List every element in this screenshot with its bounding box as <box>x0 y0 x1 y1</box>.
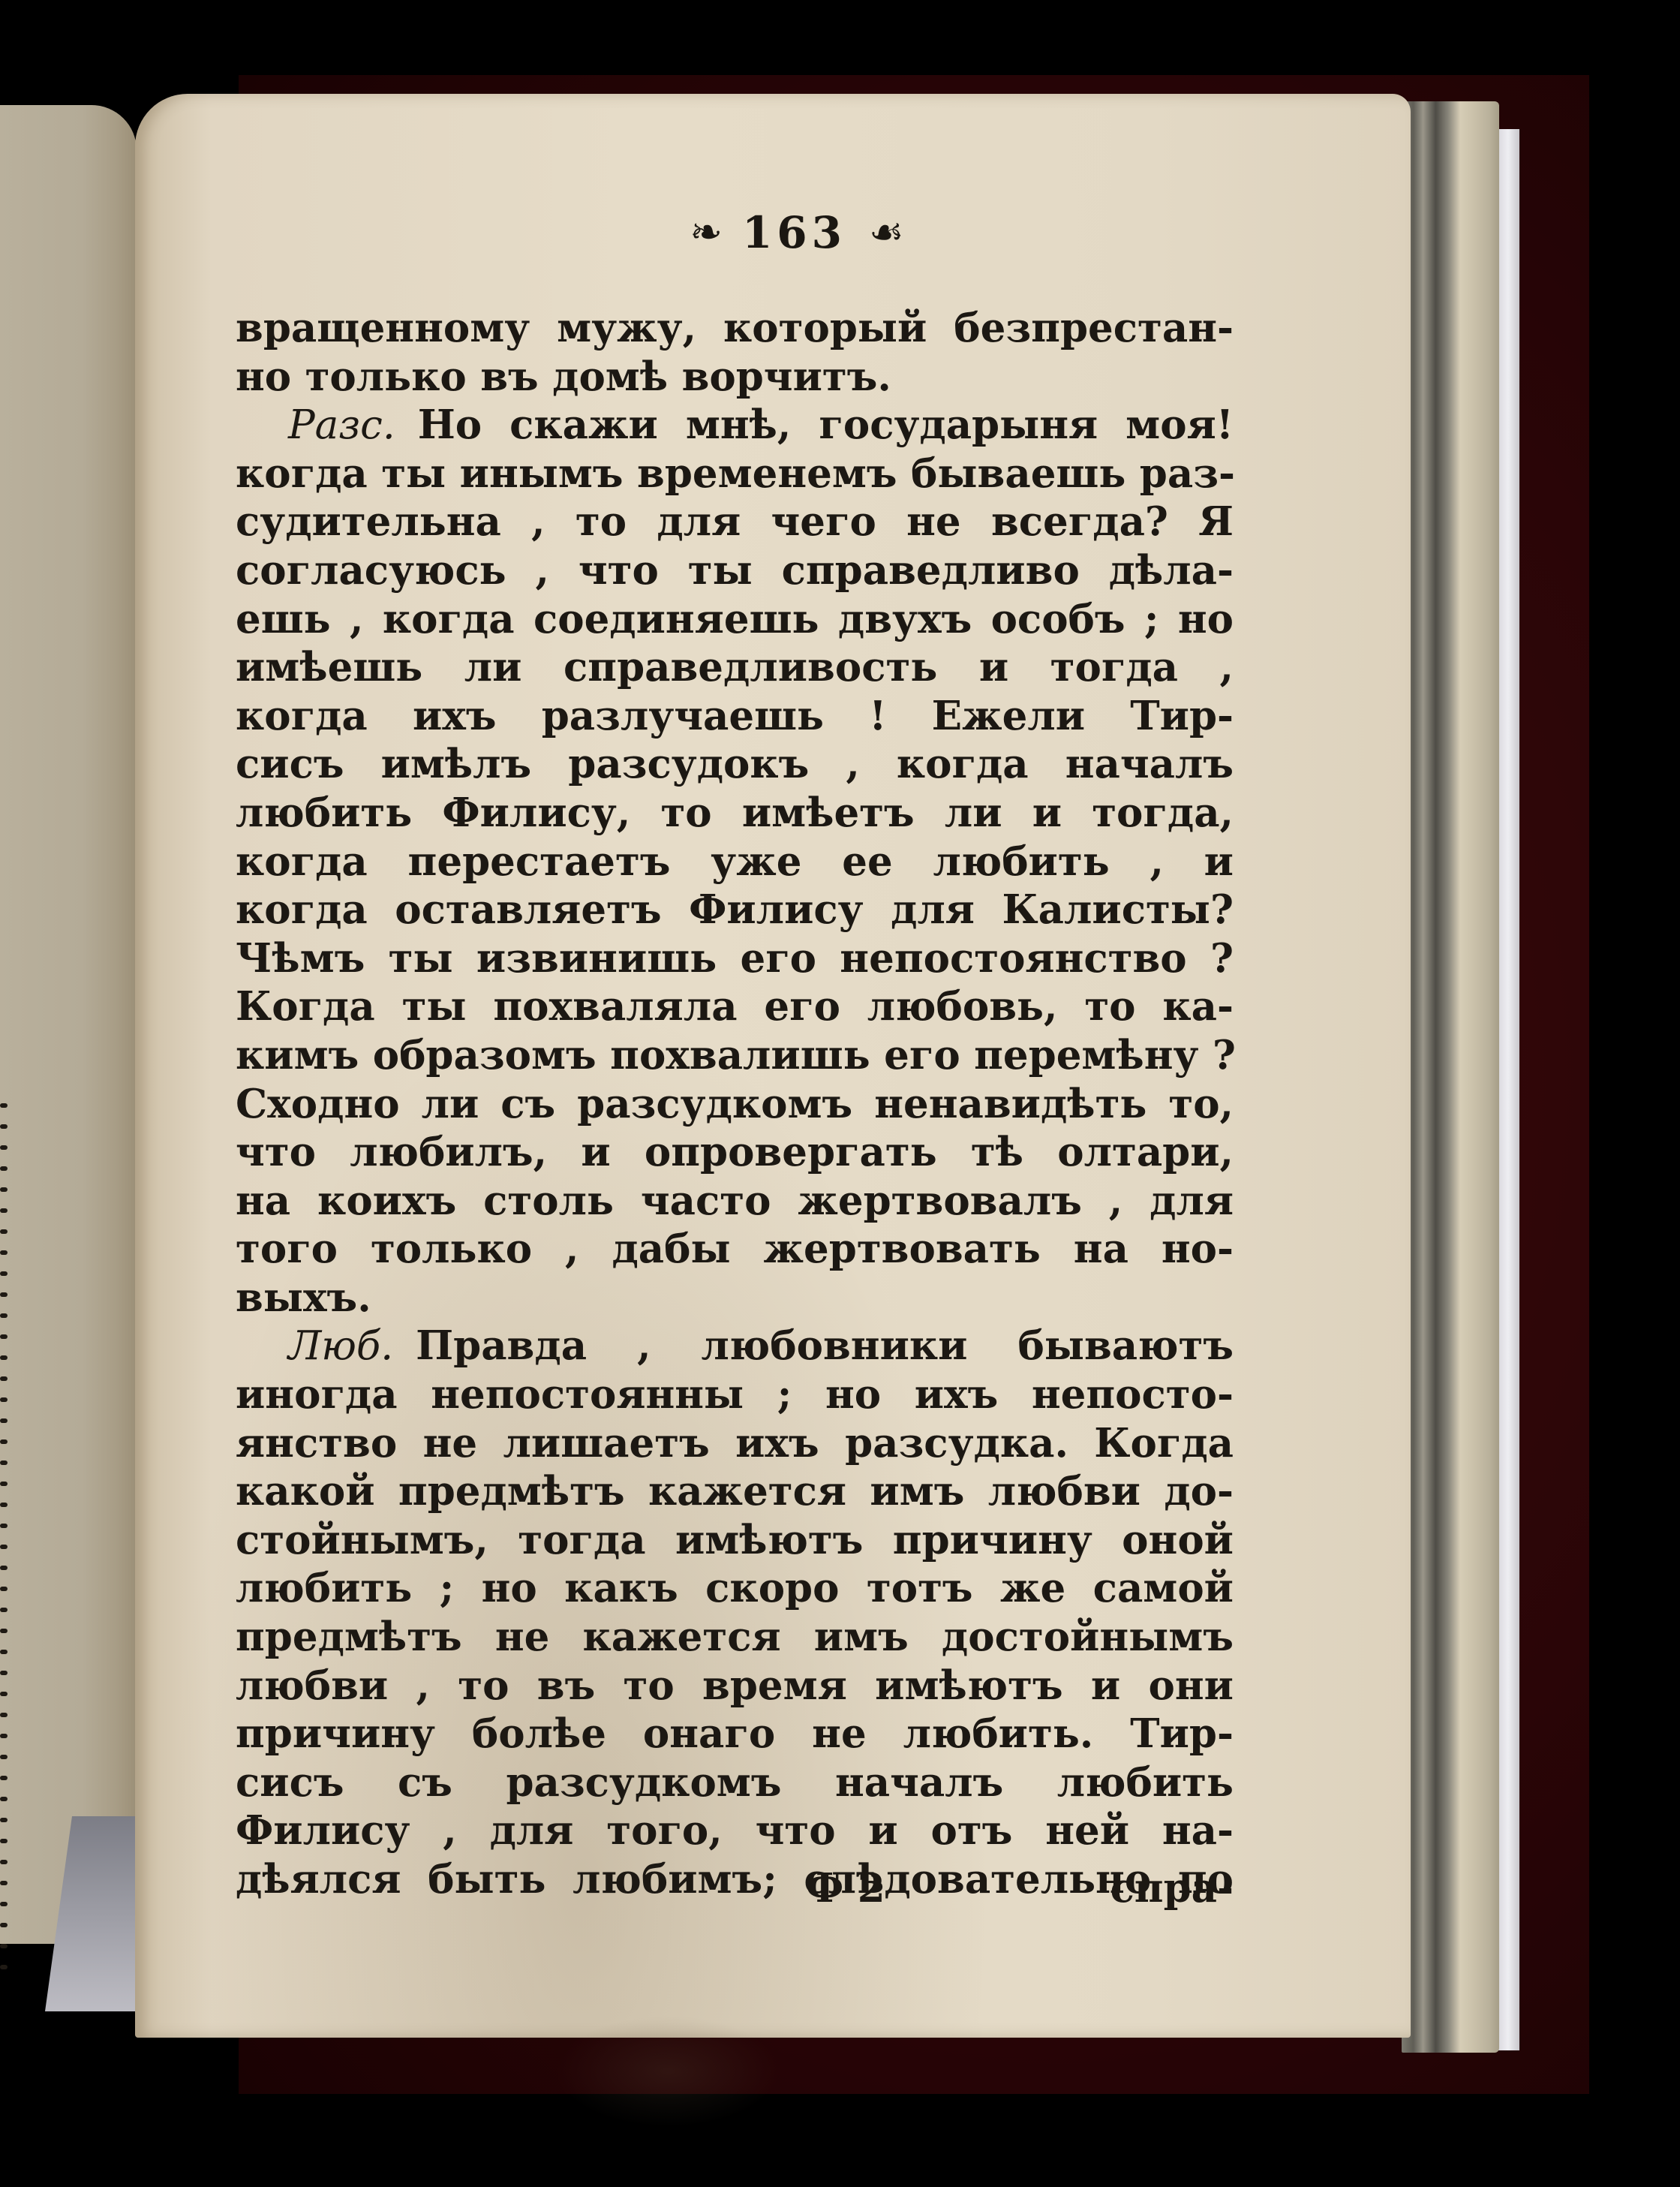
line-text: любви , то въ то время имѣютъ и они <box>236 1662 1234 1709</box>
line-text: когда перестаетъ уже ее любить , и <box>236 838 1234 885</box>
line-text: Когда ты похваляла его любовь, то ка- <box>236 983 1234 1030</box>
running-head: ❧ 163 ☙ <box>585 206 1005 259</box>
text-line: любить Филису, то имѣетъ ли и тогда, <box>236 789 1234 838</box>
text-line: когда перестаетъ уже ее любить , и <box>236 838 1234 886</box>
text-line: на коихъ столь часто жертвовалъ , для <box>236 1177 1234 1226</box>
line-text: причину болѣе онаго не любить. Тир- <box>236 1710 1234 1757</box>
text-line: Разс.Но скажи мнѣ, государыня моя! <box>236 401 1234 450</box>
page-number: 163 <box>742 207 846 258</box>
text-line: когда ихъ разлучаешь ! Ежели Тир- <box>236 692 1234 741</box>
line-text: янство не лишаетъ ихъ разсудка. Когда <box>236 1420 1234 1467</box>
text-line: предмѣтъ не кажется имъ достойнымъ <box>236 1613 1234 1662</box>
text-line: кимъ образомъ похвалишь его перемѣну ? <box>236 1031 1234 1080</box>
speaker-label: Разс. <box>288 402 395 448</box>
line-text: того только , дабы жертвовать на но- <box>236 1226 1234 1272</box>
body-text: вращенному мужу, который безпрестан-но т… <box>236 304 1234 1904</box>
line-text: сисъ съ разсудкомъ началъ любить <box>236 1759 1234 1806</box>
line-text: любить Филису, то имѣетъ ли и тогда, <box>236 790 1234 836</box>
line-text: предмѣтъ не кажется имъ достойнымъ <box>236 1614 1234 1660</box>
text-line: Сходно ли съ разсудкомъ ненавидѣть то, <box>236 1080 1234 1129</box>
text-line: Филису , для того, что и отъ ней на- <box>236 1806 1234 1855</box>
text-line: Когда ты похваляла его любовь, то ка- <box>236 982 1234 1031</box>
page-footer: Ф 2 спра- <box>236 1865 1234 1925</box>
line-text: кимъ образомъ похвалишь его перемѣну ? <box>236 1032 1236 1078</box>
line-text: судительна , то для чего не всегда? Я <box>236 498 1234 545</box>
line-text: иногда непостоянны ; но ихъ непосто- <box>236 1371 1234 1418</box>
line-text: согласуюсь , что ты справедливо дѣла- <box>236 547 1234 594</box>
text-line: того только , дабы жертвовать на но- <box>236 1225 1234 1274</box>
line-text: но только въ домѣ ворчитъ. <box>236 353 891 400</box>
text-line: Люб.Правда , любовники бываютъ <box>236 1322 1234 1370</box>
text-line: имѣешь ли справедливость и тогда , <box>236 643 1234 692</box>
line-text: сисъ имѣлъ разсудокъ , когда началъ <box>236 741 1234 787</box>
text-line: причину болѣе онаго не любить. Тир- <box>236 1710 1234 1758</box>
text-line: когда оставляетъ Филису для Калисты? <box>236 886 1234 934</box>
text-line: ешь , когда соединяешь двухъ особъ ; но <box>236 595 1234 644</box>
text-line: иногда непостоянны ; но ихъ непосто- <box>236 1370 1234 1419</box>
line-text: Но скажи мнѣ, государыня моя! <box>418 402 1234 448</box>
text-line: какой предмѣтъ кажется имъ любви до- <box>236 1467 1234 1516</box>
endpaper-edge <box>1497 129 1519 2050</box>
left-page <box>0 105 137 1944</box>
speaker-label: Люб. <box>288 1323 393 1369</box>
text-line: сисъ имѣлъ разсудокъ , когда началъ <box>236 740 1234 789</box>
text-line: Чѣмъ ты извинишь его непостоянство ? <box>236 934 1234 983</box>
text-line: любить ; но какъ скоро тотъ же самой <box>236 1564 1234 1613</box>
text-line: согласуюсь , что ты справедливо дѣла- <box>236 546 1234 595</box>
line-text: на коихъ столь часто жертвовалъ , для <box>236 1178 1234 1224</box>
line-text: Правда , любовники бываютъ <box>416 1322 1234 1369</box>
ornament-right-icon: ☙ <box>869 213 901 252</box>
line-text: стойнымъ, тогда имѣютъ причину оной <box>236 1517 1234 1563</box>
line-text: любить ; но какъ скоро тотъ же самой <box>236 1565 1234 1611</box>
text-line: сисъ съ разсудкомъ началъ любить <box>236 1758 1234 1807</box>
line-text: что любилъ, и опровергать тѣ олтари, <box>236 1129 1234 1175</box>
paper-stain <box>555 2015 780 2128</box>
text-line: любви , то въ то время имѣютъ и они <box>236 1662 1234 1710</box>
line-text: когда ихъ разлучаешь ! Ежели Тир- <box>236 693 1234 739</box>
line-text: выхъ. <box>236 1274 371 1321</box>
catchword: спра- <box>1110 1865 1234 1912</box>
line-text: Чѣмъ ты извинишь его непостоянство ? <box>236 935 1234 982</box>
text-line: выхъ. <box>236 1274 1234 1322</box>
line-text: когда оставляетъ Филису для Калисты? <box>236 886 1234 933</box>
text-line: что любилъ, и опровергать тѣ олтари, <box>236 1128 1234 1177</box>
signature-mark: Ф 2 <box>806 1865 885 1912</box>
text-line: но только въ домѣ ворчитъ. <box>236 353 1234 402</box>
line-text: когда ты инымъ временемъ бываешь раз- <box>236 450 1235 497</box>
line-text: ешь , когда соединяешь двухъ особъ ; но <box>236 596 1234 642</box>
text-line: янство не лишаетъ ихъ разсудка. Когда <box>236 1419 1234 1468</box>
line-text: Филису , для того, что и отъ ней на- <box>236 1807 1234 1854</box>
text-line: когда ты инымъ временемъ бываешь раз- <box>236 450 1234 498</box>
text-line: судительна , то для чего не всегда? Я <box>236 498 1234 546</box>
right-page: ❧ 163 ☙ вращенному мужу, который безпрес… <box>135 94 1411 2038</box>
line-text: вращенному мужу, который безпрестан- <box>236 305 1234 351</box>
line-text: имѣешь ли справедливость и тогда , <box>236 644 1234 690</box>
left-page-text-edge <box>0 1103 9 2004</box>
page-edges <box>1402 101 1499 2053</box>
ornament-left-icon: ❧ <box>690 213 720 252</box>
text-line: стойнымъ, тогда имѣютъ причину оной <box>236 1516 1234 1565</box>
line-text: какой предмѣтъ кажется имъ любви до- <box>236 1468 1234 1515</box>
text-line: вращенному мужу, который безпрестан- <box>236 304 1234 353</box>
line-text: Сходно ли съ разсудкомъ ненавидѣть то, <box>236 1081 1234 1127</box>
